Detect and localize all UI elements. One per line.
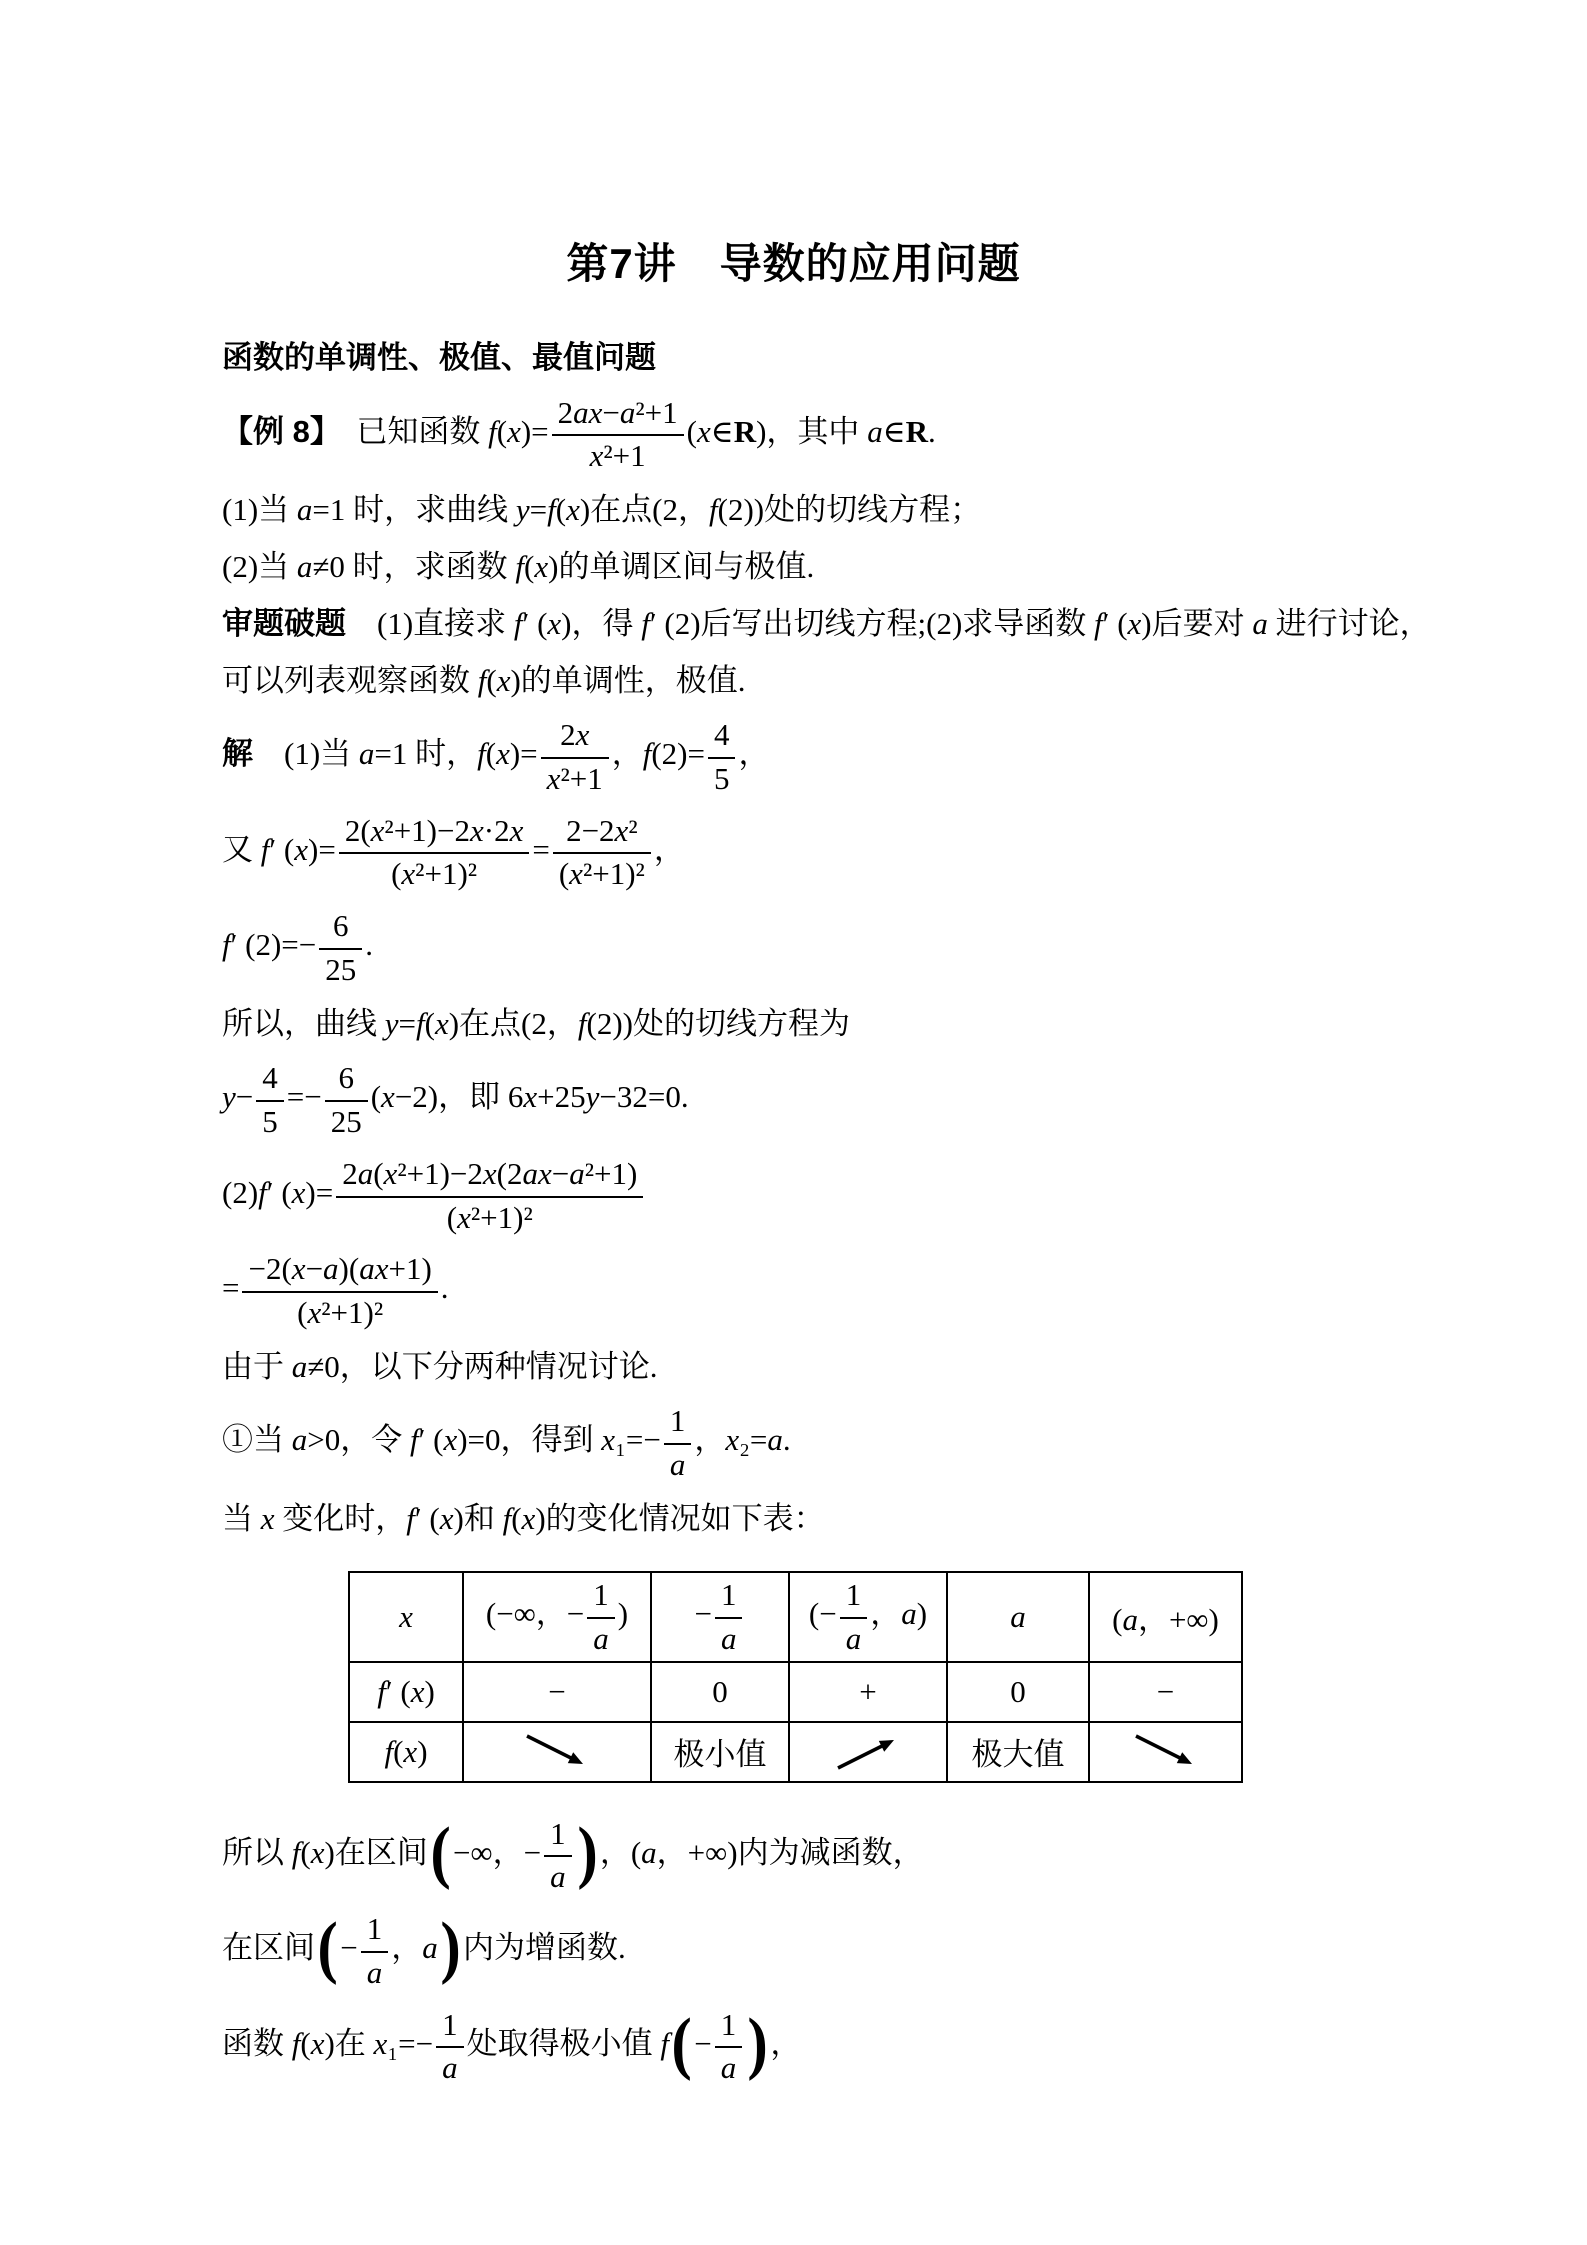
text-run: (1)当 a=1 时，f(x)= (253, 736, 538, 771)
variation-table: x(−∞，−1a)−1a(−1a，a)a(a，+∞)f′ (x)−0+0−f(x… (348, 1571, 1243, 1783)
derivative-line: 又 f′ (x)=2(x²+1)−2x·2x(x²+1)²=2−2x²(x²+1… (222, 812, 1467, 893)
table-cell: (a，+∞) (1089, 1572, 1242, 1662)
table-cell: (−∞，−1a) (463, 1572, 651, 1662)
fraction-denominator: a (436, 2048, 464, 2087)
big-paren: ) (748, 2014, 768, 2073)
table-cell: f′ (x) (349, 1662, 463, 1722)
text-run: ， (654, 832, 685, 867)
text-run: . (441, 1270, 449, 1305)
table-cell: 0 (651, 1662, 789, 1722)
text-run: 当 x 变化时，f′ (x)和 f(x)的变化情况如下表： (222, 1501, 825, 1536)
fraction-numerator: 1 (361, 1910, 389, 1953)
text-run: ， (738, 736, 769, 771)
math-fraction: 1a (664, 1402, 692, 1483)
text-run: 已知函数 (325, 414, 488, 449)
bold-label: 函数的单调性、极值、最值问题 (222, 340, 656, 375)
text-run: )，其中 (756, 414, 867, 449)
text-run: − (695, 1596, 712, 1631)
bold-symbol: R (906, 414, 928, 449)
table-cell: + (789, 1662, 947, 1722)
derivative-at-2: f′ (2)=−625. (222, 907, 1467, 988)
text-run: (1)直接求 f′ (x)，得 f′ (2)后写出切线方程;(2)求导函数 f′… (346, 606, 1431, 641)
fraction-denominator: a (544, 1857, 572, 1896)
text-run: 所以，曲线 y=f(x)在点(2，f(2))处的切线方程为 (222, 1006, 850, 1041)
fraction-denominator: (x²+1)² (242, 1293, 437, 1332)
table-cell: 极小值 (651, 1722, 789, 1782)
fraction-numerator: 2ax−a²+1 (552, 394, 684, 437)
case-1: ①当 a>0，令 f′ (x)=0，得到 x₁=−1a，x₂=a. (222, 1402, 1467, 1483)
fraction-denominator: (x²+1)² (553, 854, 651, 893)
math-fraction: 1a (587, 1576, 615, 1657)
text-run: − (548, 1674, 565, 1709)
bold-label: 审题破题 (222, 606, 346, 641)
text-run: =− (287, 1079, 322, 1114)
text-run: 极小值 (674, 1737, 767, 1772)
text-run: 0 (1010, 1674, 1026, 1709)
math-fraction: 45 (708, 716, 736, 797)
text-run: f′ (2)=− (222, 927, 316, 962)
text-run: x (399, 1599, 413, 1634)
fraction-numerator: 6 (325, 1059, 368, 1102)
math-fraction: 2ax−a²+1x²+1 (552, 394, 684, 475)
decreasing-intervals: 所以 f(x)在区间(−∞，−1a)，(a，+∞)内为减函数， (222, 1815, 1467, 1896)
text-run: ，(a，+∞)内为减函数， (600, 1834, 924, 1869)
fraction-denominator: a (361, 1953, 389, 1992)
fraction-denominator: 5 (708, 759, 736, 798)
fraction-denominator: a (664, 1445, 692, 1484)
fraction-denominator: 25 (325, 1102, 368, 1141)
fraction-denominator: a (840, 1619, 868, 1658)
solution-part1-value: 解 (1)当 a=1 时，f(x)=2xx²+1，f(2)=45， (222, 716, 1467, 797)
text-run: 可以列表观察函数 f(x)的单调性，极值. (222, 663, 746, 698)
table-cell: 0 (947, 1662, 1089, 1722)
table-cell: x (349, 1572, 463, 1662)
math-fraction: 1a (361, 1910, 389, 1991)
tangent-intro: 所以，曲线 y=f(x)在点(2，f(2))处的切线方程为 (222, 1003, 1467, 1046)
text-run: + (859, 1674, 876, 1709)
text-run: y− (222, 1079, 253, 1114)
increasing-interval: 在区间(−1a，a)内为增函数. (222, 1910, 1467, 1991)
math-fraction: 2xx²+1 (541, 716, 609, 797)
text-run: ，a) (870, 1596, 927, 1631)
table-cell: (−1a，a) (789, 1572, 947, 1662)
table-cell: − (1089, 1662, 1242, 1722)
fraction-denominator: (x²+1)² (336, 1198, 643, 1237)
table-cell: − (463, 1662, 651, 1722)
math-fraction: 625 (325, 1059, 368, 1140)
big-paren: ) (577, 1823, 597, 1882)
text-run: a∈ (867, 414, 905, 449)
local-minimum: 函数 f(x)在 x₁=−1a处取得极小值 f(−1a)， (222, 2006, 1467, 2087)
text-run: − (1157, 1674, 1174, 1709)
fraction-numerator: 2a(x²+1)−2x(2ax−a²+1) (336, 1155, 643, 1198)
fraction-denominator: a (715, 2048, 743, 2087)
text-run: 函数 f(x)在 x₁=− (222, 2025, 433, 2060)
text-run: ， (770, 2025, 801, 2060)
analysis-continued: 可以列表观察函数 f(x)的单调性，极值. (222, 660, 1467, 703)
big-paren: ( (671, 2014, 691, 2073)
fraction-numerator: 6 (319, 907, 362, 950)
text-run: = (222, 1270, 239, 1305)
text-run: − (340, 1930, 357, 1965)
text-run: (−∞，− (486, 1596, 584, 1631)
table-row: f′ (x)−0+0− (349, 1662, 1242, 1722)
fraction-denominator: (x²+1)² (339, 854, 530, 893)
fraction-denominator: 25 (319, 950, 362, 989)
fraction-numerator: 1 (715, 2006, 743, 2049)
math-fraction: 2−2x²(x²+1)² (553, 812, 651, 893)
big-paren: ) (440, 1918, 460, 1977)
table-cell (789, 1722, 947, 1782)
text-run: . (365, 927, 373, 962)
part2-derivative: (2)f′ (x)=2a(x²+1)−2x(2ax−a²+1)(x²+1)² (222, 1155, 1467, 1236)
fraction-numerator: 1 (664, 1402, 692, 1445)
text-run: f(x) (384, 1734, 427, 1769)
text-run: ) (618, 1596, 628, 1631)
math-fraction: 2(x²+1)−2x·2x(x²+1)² (339, 812, 530, 893)
fraction-numerator: 2−2x² (553, 812, 651, 855)
text-run: ，f(2)= (612, 736, 705, 771)
table-cell: −1a (651, 1572, 789, 1662)
text-run: ①当 a>0，令 f′ (x)=0，得到 x₁=− (222, 1422, 661, 1457)
big-paren: ( (430, 1823, 450, 1882)
example-statement: 【例 8】 已知函数 f(x)=2ax−a²+1x²+1(x∈R)，其中 a∈R… (222, 394, 1467, 475)
fraction-numerator: 2(x²+1)−2x·2x (339, 812, 530, 855)
fraction-numerator: 1 (840, 1576, 868, 1619)
bold-label: 解 (222, 736, 253, 771)
math-fraction: 2a(x²+1)−2x(2ax−a²+1)(x²+1)² (336, 1155, 643, 1236)
math-fraction: 1a (840, 1576, 868, 1657)
text-run: − (694, 2025, 711, 2060)
fraction-numerator: −2(x−a)(ax+1) (242, 1250, 437, 1293)
text-run: (x−2)，即 6x+25y−32=0. (371, 1079, 689, 1114)
arrow-down-right-icon (1130, 1731, 1202, 1766)
arrow-up-right-icon (832, 1731, 904, 1766)
document-page: 第7讲 导数的应用问题 函数的单调性、极值、最值问题【例 8】 已知函数 f(x… (0, 0, 1587, 2245)
text-run: a (1010, 1599, 1026, 1634)
fraction-numerator: 1 (587, 1576, 615, 1619)
text-block-after-table: 所以 f(x)在区间(−∞，−1a)，(a，+∞)内为减函数，在区间(−1a，a… (222, 1815, 1467, 2087)
fraction-denominator: x²+1 (541, 759, 609, 798)
table-cell: 极大值 (947, 1722, 1089, 1782)
text-run: ，a (391, 1930, 438, 1965)
math-fraction: 1a (436, 2006, 464, 2087)
text-run: ，x₂=a. (694, 1422, 790, 1457)
text-run: 0 (712, 1674, 728, 1709)
text-run: 所以 f(x)在区间 (222, 1834, 428, 1869)
fraction-denominator: a (715, 1619, 743, 1658)
text-run: 内为增函数. (463, 1930, 626, 1965)
table-intro: 当 x 变化时，f′ (x)和 f(x)的变化情况如下表： (222, 1498, 1467, 1541)
math-fraction: 1a (715, 1576, 743, 1657)
table-row: x(−∞，−1a)−1a(−1a，a)a(a，+∞) (349, 1572, 1242, 1662)
fraction-numerator: 1 (715, 1576, 743, 1619)
text-run: f′ (x) (377, 1674, 435, 1709)
fraction-numerator: 4 (708, 716, 736, 759)
arrow-down-right-icon (521, 1731, 593, 1766)
math-fraction: −2(x−a)(ax+1)(x²+1)² (242, 1250, 437, 1331)
part2-derivative-simplified: =−2(x−a)(ax+1)(x²+1)². (222, 1250, 1467, 1331)
text-run: (2)f′ (x)= (222, 1175, 333, 1210)
bold-symbol: R (734, 414, 756, 449)
math-fraction: 1a (715, 2006, 743, 2087)
text-run: −∞，− (453, 1834, 541, 1869)
table-cell (463, 1722, 651, 1782)
text-run: (a，+∞) (1112, 1602, 1219, 1637)
big-paren: ( (317, 1918, 337, 1977)
text-run: 由于 a≠0，以下分两种情况讨论. (222, 1349, 658, 1384)
text-run: (1)当 a=1 时，求曲线 y=f(x)在点(2，f(2))处的切线方程； (222, 492, 981, 527)
text-run: 在区间 (222, 1930, 315, 1965)
page-title: 第7讲 导数的应用问题 (0, 0, 1587, 285)
question-part-2: (2)当 a≠0 时，求函数 f(x)的单调区间与极值. (222, 546, 1467, 589)
text-run: . (928, 414, 936, 449)
text-run: f(x)= (488, 414, 549, 449)
section-heading: 函数的单调性、极值、最值问题 (222, 337, 1467, 380)
math-fraction: 45 (256, 1059, 284, 1140)
fraction-numerator: 4 (256, 1059, 284, 1102)
text-run: = (532, 832, 549, 867)
text-run: 处取得极小值 f (467, 2025, 669, 2060)
table-cell: a (947, 1572, 1089, 1662)
text-run: (2)当 a≠0 时，求函数 f(x)的单调区间与极值. (222, 549, 814, 584)
fraction-numerator: 2x (541, 716, 609, 759)
tangent-equation: y−45=−625(x−2)，即 6x+25y−32=0. (222, 1059, 1467, 1140)
fraction-denominator: x²+1 (552, 436, 684, 475)
table-cell (1089, 1722, 1242, 1782)
text-run: 极大值 (972, 1737, 1065, 1772)
fraction-numerator: 1 (436, 2006, 464, 2049)
fraction-denominator: a (587, 1619, 615, 1658)
fraction-denominator: 5 (256, 1102, 284, 1141)
bold-label: 【例 8】 (222, 414, 325, 449)
text-run: (− (809, 1596, 837, 1631)
math-fraction: 1a (544, 1815, 572, 1896)
text-run: 又 f′ (x)= (222, 832, 336, 867)
question-part-1: (1)当 a=1 时，求曲线 y=f(x)在点(2，f(2))处的切线方程； (222, 489, 1467, 532)
fraction-numerator: 1 (544, 1815, 572, 1858)
table-cell: f(x) (349, 1722, 463, 1782)
text-run: (x∈ (687, 414, 734, 449)
document-body: 函数的单调性、极值、最值问题【例 8】 已知函数 f(x)=2ax−a²+1x²… (0, 337, 1587, 2087)
analysis: 审题破题 (1)直接求 f′ (x)，得 f′ (2)后写出切线方程;(2)求导… (222, 603, 1467, 646)
case-intro: 由于 a≠0，以下分两种情况讨论. (222, 1346, 1467, 1389)
text-block-before-table: 函数的单调性、极值、最值问题【例 8】 已知函数 f(x)=2ax−a²+1x²… (222, 337, 1467, 1541)
table-row: f(x)极小值极大值 (349, 1722, 1242, 1782)
math-fraction: 625 (319, 907, 362, 988)
